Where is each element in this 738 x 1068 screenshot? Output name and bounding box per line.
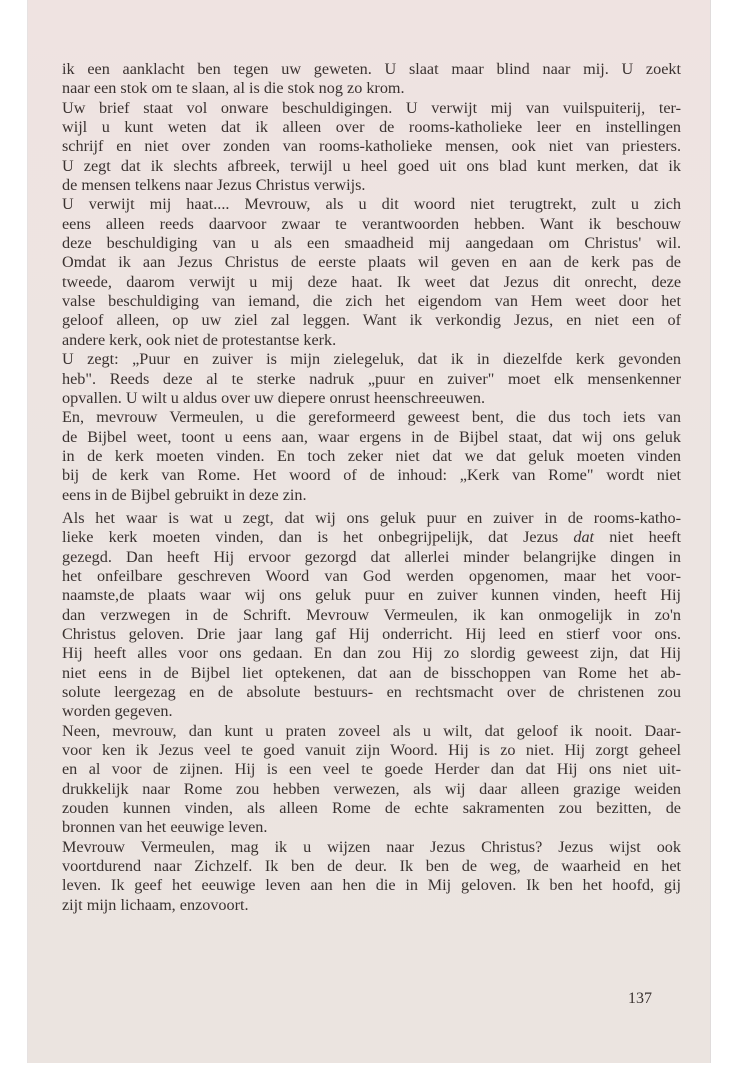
paragraph: U zegt: „Puur en zuiver is mijn zielegel… — [62, 350, 681, 408]
text-line: bij de kerk van Rome. Het woord of de in… — [62, 466, 681, 485]
paragraph: En, mevrouw Vermeulen, u die gereformeer… — [62, 408, 681, 505]
text-line: U verwijt mij haat.... Mevrouw, als u di… — [62, 195, 681, 214]
text-line: Als het waar is wat u zegt, dat wij ons … — [62, 509, 681, 528]
paragraph: Uw brief staat vol onware beschuldiginge… — [62, 99, 681, 196]
text-line: En, mevrouw Vermeulen, u die gereformeer… — [62, 408, 681, 427]
paragraph: Mevrouw Vermeulen, mag ik u wijzen naar … — [62, 838, 681, 915]
text-line: in de kerk moeten vinden. En toch zeker … — [62, 447, 681, 466]
text-line: leven. Ik geef het eeuwige leven aan hen… — [62, 876, 681, 895]
text-line: schrijf en niet over zonden van rooms-ka… — [62, 137, 681, 156]
text-line: geloof alleen, op uw ziel zal leggen. Wa… — [62, 311, 681, 330]
text-line: andere kerk, ook niet de protestantse ke… — [62, 331, 681, 350]
text-line: solute leergezag en de absolute bestuurs… — [62, 683, 681, 702]
text-line: eens alleen reeds daarvoor zwaar te vera… — [62, 215, 681, 234]
text-line: deze beschuldiging van u als een smaadhe… — [62, 234, 681, 253]
page-number: 137 — [628, 990, 652, 1008]
book-page: ik een aanklacht ben tegen uw geweten. U… — [28, 0, 710, 1063]
text-line: lieke kerk moeten vinden, dan is het onb… — [62, 528, 681, 547]
text-line: U zegt: „Puur en zuiver is mijn zielegel… — [62, 350, 681, 369]
paragraph: ik een aanklacht ben tegen uw geweten. U… — [62, 60, 681, 99]
text-line: tweede, daarom verwijt u mij deze haat. … — [62, 273, 681, 292]
text-line: worden gegeven. — [62, 702, 681, 721]
text-line: Neen, mevrouw, dan kunt u praten zoveel … — [62, 722, 681, 741]
text-line: Uw brief staat vol onware beschuldiginge… — [62, 99, 681, 118]
text-line: valse beschuldiging van iemand, die zich… — [62, 292, 681, 311]
text-line: bronnen van het eeuwige leven. — [62, 818, 681, 837]
text-line: wijl u kunt weten dat ik alleen over de … — [62, 118, 681, 137]
text-line: de Bijbel weet, toont u eens aan, waar e… — [62, 428, 681, 447]
text-line: dan verzwegen in de Schrift. Mevrouw Ver… — [62, 606, 681, 625]
text-line: en al voor de zijnen. Hij is een veel te… — [62, 760, 681, 779]
text-line: Omdat ik aan Jezus Christus de eerste pl… — [62, 253, 681, 272]
text-line: de mensen telkens naar Jezus Christus ve… — [62, 176, 681, 195]
text-line: eens in de Bijbel gebruikt in deze zin. — [62, 486, 681, 505]
paragraph: Als het waar is wat u zegt, dat wij ons … — [62, 509, 681, 722]
text-line: zouden kunnen vinden, als alleen Rome de… — [62, 799, 681, 818]
text-line: ik een aanklacht ben tegen uw geweten. U… — [62, 60, 681, 79]
text-line: opvallen. U wilt u aldus over uw diepere… — [62, 389, 681, 408]
text-line: het onfeilbare geschreven Woord van God … — [62, 567, 681, 586]
text-line: naamste,de plaats waar wij ons geluk puu… — [62, 586, 681, 605]
text-line: drukkelijk naar Rome zou hebben verwezen… — [62, 780, 681, 799]
text-line: U zegt dat ik slechts afbreek, terwijl u… — [62, 157, 681, 176]
text-line: Mevrouw Vermeulen, mag ik u wijzen naar … — [62, 838, 681, 857]
text-line: Christus geloven. Drie jaar lang gaf Hij… — [62, 625, 681, 644]
text-line: Hij heeft alles voor ons gedaan. En dan … — [62, 644, 681, 663]
text-line: voor ken ik Jezus veel te goed vanuit zi… — [62, 741, 681, 760]
text-line: voortdurend naar Zichzelf. Ik ben de deu… — [62, 857, 681, 876]
text-line: zijt mijn lichaam, enzovoort. — [62, 896, 681, 915]
text-line: naar een stok om te slaan, al is die sto… — [62, 79, 681, 98]
paragraph: Neen, mevrouw, dan kunt u praten zoveel … — [62, 722, 681, 838]
paragraph: U verwijt mij haat.... Mevrouw, als u di… — [62, 195, 681, 350]
text-line: niet eens in de Bijbel liet optekenen, d… — [62, 664, 681, 683]
text-line: heb". Reeds deze al te sterke nadruk „pu… — [62, 370, 681, 389]
text-line: gezegd. Dan heeft Hij ervoor gezorgd dat… — [62, 548, 681, 567]
page-body-text: ik een aanklacht ben tegen uw geweten. U… — [62, 60, 681, 915]
